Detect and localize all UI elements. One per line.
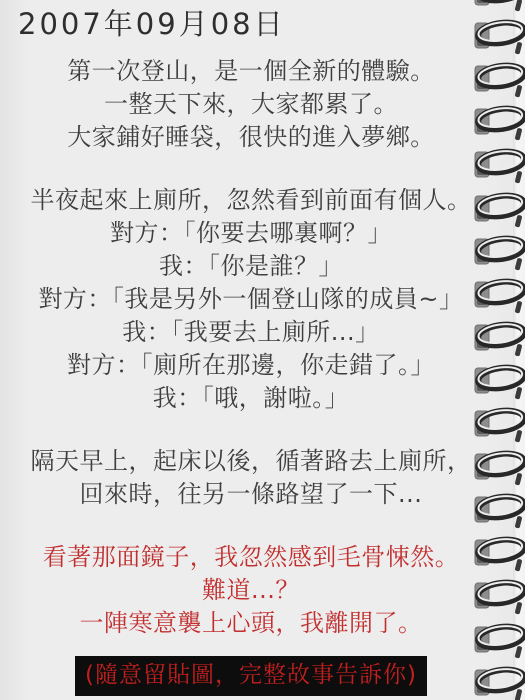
diary-line: 我：「我要去上廁所...」: [0, 316, 502, 349]
page-edge: [513, 0, 525, 700]
diary-line: 隔天早上，起床以後，循著路去上廁所，: [0, 445, 502, 478]
diary-line: 一陣寒意襲上心頭，我離開了。: [0, 607, 502, 640]
diary-line: 我：「你是誰？」: [0, 250, 502, 283]
diary-line: 大家鋪好睡袋，很快的進入夢鄉。: [0, 121, 502, 154]
diary-line: 對方：「你要去哪裏啊？」: [0, 217, 502, 250]
diary-body: 第一次登山，是一個全新的體驗。一整天下來，大家都累了。大家鋪好睡袋，很快的進入夢…: [0, 55, 502, 640]
footer-banner-text: (隨意留貼圖，完整故事告訴你): [85, 662, 417, 688]
notebook-page: 2007年09月08日 第一次登山，是一個全新的體驗。一整天下來，大家都累了。大…: [0, 0, 525, 700]
diary-paragraph: 隔天早上，起床以後，循著路去上廁所，回來時，往另一條路望了一下...: [0, 445, 502, 511]
diary-paragraph: 看著那面鏡子，我忽然感到毛骨悚然。難道...？一陣寒意襲上心頭，我離開了。: [0, 541, 502, 640]
footer-banner: (隨意留貼圖，完整故事告訴你): [75, 656, 427, 696]
diary-paragraph: 半夜起來上廁所，忽然看到前面有個人。對方：「你要去哪裏啊？」我：「你是誰？」對方…: [0, 184, 502, 415]
diary-line: 回來時，往另一條路望了一下...: [0, 478, 502, 511]
diary-line: 第一次登山，是一個全新的體驗。: [0, 55, 502, 88]
diary-line: 我：「哦，謝啦。」: [0, 382, 502, 415]
diary-date: 2007年09月08日: [18, 8, 502, 41]
diary-line: 難道...？: [0, 574, 502, 607]
diary-line: 對方：「廁所在那邊，你走錯了。」: [0, 349, 502, 382]
diary-line: 看著那面鏡子，我忽然感到毛骨悚然。: [0, 541, 502, 574]
diary-paragraph: 第一次登山，是一個全新的體驗。一整天下來，大家都累了。大家鋪好睡袋，很快的進入夢…: [0, 55, 502, 154]
diary-line: 對方：「我是另外一個登山隊的成員~」: [0, 283, 502, 316]
diary-line: 一整天下來，大家都累了。: [0, 88, 502, 121]
diary-content: 2007年09月08日 第一次登山，是一個全新的體驗。一整天下來，大家都累了。大…: [0, 0, 502, 696]
diary-line: 半夜起來上廁所，忽然看到前面有個人。: [0, 184, 502, 217]
